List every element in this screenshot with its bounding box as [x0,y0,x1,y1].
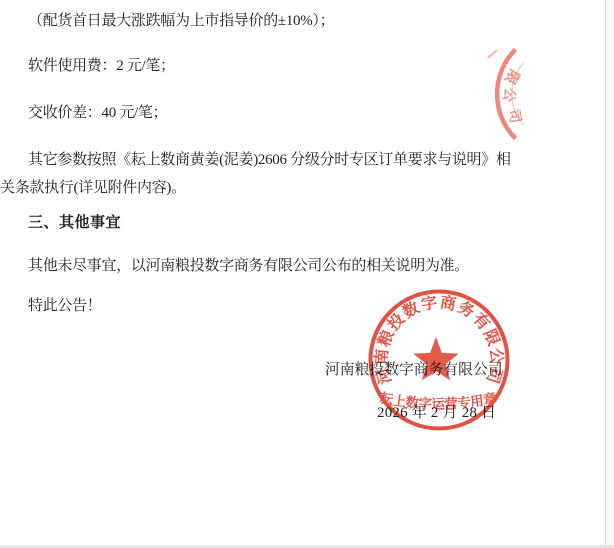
signature-company-name: 河南粮投数字商务有限公司 [325,358,503,379]
paragraph-other-matters: 其他未尽事宜，以河南粮投数字商务有限公司公布的相关说明为准。 [28,254,469,275]
partial-stamp-char-3: 司 [505,108,524,125]
page-right-edge-fill [606,0,614,548]
partial-stamp-char-2: 公 [499,87,517,105]
paragraph-delivery-spread: 交收价差：40 元/笔； [28,101,167,122]
document-page: （配货首日最大涨跌幅为上市指导价的±10%）； 软件使用费：2 元/笔； 交收价… [0,0,614,548]
paragraph-price-limit: （配货首日最大涨跌幅为上市指导价的±10%）； [28,9,334,30]
partial-stamp-char-1: 限 [501,67,523,88]
signature-date: 2026 年 2 月 28 日 [377,401,496,422]
partial-stamp-mark [488,50,497,58]
paragraph-software-fee: 软件使用费：2 元/笔； [28,54,175,75]
paragraph-other-params-line1: 其它参数按照《耘上数商黄姜(泥姜)2606 分级分时专区订单要求与说明》相 [28,148,511,169]
partial-stamp-top-right: 限 公 司 [488,50,524,139]
partial-stamp-inner-arc [512,63,523,125]
paragraph-other-params-line2: 关条款执行(详见附件内容)。 [0,176,186,197]
section-heading-other-matters: 三、其他事宜 [28,211,121,232]
paragraph-announcement: 特此公告！ [28,294,102,315]
partial-stamp-outer-arc [497,50,515,139]
